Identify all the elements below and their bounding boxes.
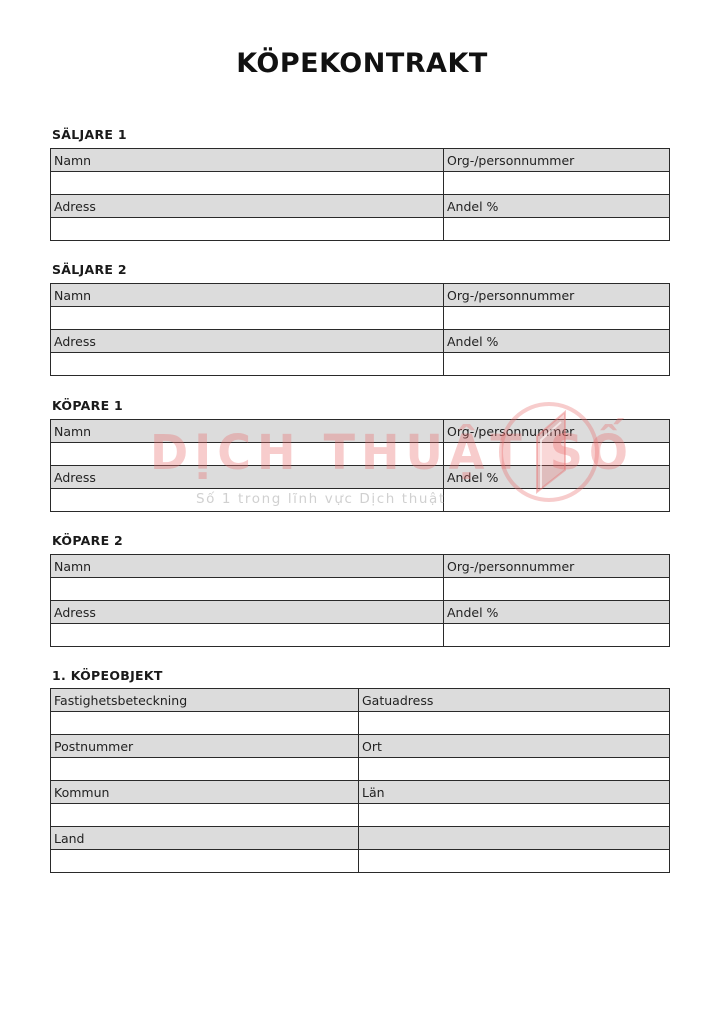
- field-label-id-number: Org-/personnummer: [444, 149, 670, 172]
- field-label-address: Adress: [51, 466, 444, 489]
- property-table: Fastighetsbeteckning Gatuadress Postnumm…: [50, 688, 670, 873]
- buyer-1-share-field[interactable]: [444, 489, 670, 512]
- buyer-1-name-field[interactable]: [51, 443, 444, 466]
- field-label-share-percent: Andel %: [444, 601, 670, 624]
- seller-1-id-number-field[interactable]: [444, 172, 670, 195]
- field-label-postal-code: Postnummer: [51, 735, 359, 758]
- buyer-1-table: Namn Org-/personnummer Adress Andel %: [50, 419, 670, 512]
- field-label-id-number: Org-/personnummer: [444, 555, 670, 578]
- section-heading-seller-1: SÄLJARE 1: [52, 127, 127, 142]
- municipality-field[interactable]: [51, 804, 359, 827]
- field-label-name: Namn: [51, 555, 444, 578]
- field-label-property-designation: Fastighetsbeteckning: [51, 689, 359, 712]
- county-field[interactable]: [359, 804, 670, 827]
- field-label-id-number: Org-/personnummer: [444, 284, 670, 307]
- section-heading-buyer-2: KÖPARE 2: [52, 533, 123, 548]
- seller-1-name-field[interactable]: [51, 172, 444, 195]
- seller-2-table: Namn Org-/personnummer Adress Andel %: [50, 283, 670, 376]
- field-label-share-percent: Andel %: [444, 466, 670, 489]
- seller-1-address-field[interactable]: [51, 218, 444, 241]
- field-label-id-number: Org-/personnummer: [444, 420, 670, 443]
- seller-1-share-field[interactable]: [444, 218, 670, 241]
- field-label-street-address: Gatuadress: [359, 689, 670, 712]
- buyer-2-id-number-field[interactable]: [444, 578, 670, 601]
- field-label-address: Adress: [51, 330, 444, 353]
- buyer-1-address-field[interactable]: [51, 489, 444, 512]
- field-label-address: Adress: [51, 601, 444, 624]
- field-label-county: Län: [359, 781, 670, 804]
- field-label-empty: [359, 827, 670, 850]
- property-designation-field[interactable]: [51, 712, 359, 735]
- seller-2-address-field[interactable]: [51, 353, 444, 376]
- field-label-address: Adress: [51, 195, 444, 218]
- street-address-field[interactable]: [359, 712, 670, 735]
- field-label-name: Namn: [51, 284, 444, 307]
- section-heading-seller-2: SÄLJARE 2: [52, 262, 127, 277]
- buyer-2-address-field[interactable]: [51, 624, 444, 647]
- field-label-municipality: Kommun: [51, 781, 359, 804]
- document-title: KÖPEKONTRAKT: [0, 48, 724, 79]
- field-label-city: Ort: [359, 735, 670, 758]
- country-field[interactable]: [51, 850, 359, 873]
- section-heading-buyer-1: KÖPARE 1: [52, 398, 123, 413]
- empty-field[interactable]: [359, 850, 670, 873]
- buyer-2-table: Namn Org-/personnummer Adress Andel %: [50, 554, 670, 647]
- field-label-name: Namn: [51, 420, 444, 443]
- seller-1-table: Namn Org-/personnummer Adress Andel %: [50, 148, 670, 241]
- seller-2-name-field[interactable]: [51, 307, 444, 330]
- field-label-share-percent: Andel %: [444, 330, 670, 353]
- buyer-2-name-field[interactable]: [51, 578, 444, 601]
- seller-2-id-number-field[interactable]: [444, 307, 670, 330]
- buyer-1-id-number-field[interactable]: [444, 443, 670, 466]
- buyer-2-share-field[interactable]: [444, 624, 670, 647]
- field-label-name: Namn: [51, 149, 444, 172]
- city-field[interactable]: [359, 758, 670, 781]
- field-label-country: Land: [51, 827, 359, 850]
- postal-code-field[interactable]: [51, 758, 359, 781]
- section-heading-property: 1. KÖPEOBJEKT: [52, 668, 163, 683]
- field-label-share-percent: Andel %: [444, 195, 670, 218]
- seller-2-share-field[interactable]: [444, 353, 670, 376]
